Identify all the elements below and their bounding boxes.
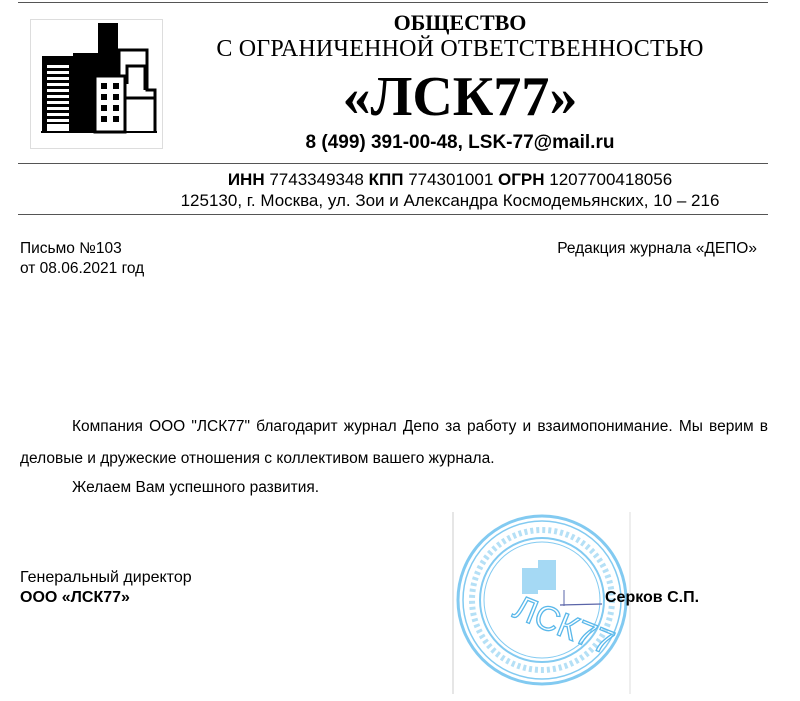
kpp-label: КПП (369, 170, 404, 189)
letter-paragraph-1: Компания ООО "ЛСК77" благодарит журнал Д… (20, 411, 768, 475)
letter-meta: Письмо №103 от 08.06.2021 год (20, 239, 144, 279)
signer-position: Генеральный директор (20, 568, 192, 588)
inn-label: ИНН (228, 170, 265, 189)
kpp-value: 774301001 (408, 170, 493, 189)
ogrn-value: 1207700418056 (549, 170, 672, 189)
signature-block: Генеральный директор ООО «ЛСК77» (20, 568, 192, 608)
address-divider (18, 214, 768, 215)
inn-value: 7743349348 (269, 170, 364, 189)
signer-company: ООО «ЛСК77» (20, 588, 192, 608)
company-name: «ЛСК77» (190, 64, 730, 130)
company-contacts: 8 (499) 391-00-48, LSK-77@mail.ru (190, 132, 730, 154)
letter-date: от 08.06.2021 год (20, 259, 144, 279)
buildings-icon (31, 20, 162, 148)
org-form-line2: С ОГРАНИЧЕННОЙ ОТВЕТСТВЕННОСТЬЮ (180, 36, 740, 63)
org-form-line1: ОБЩЕСТВО (190, 10, 730, 36)
company-logo (30, 19, 163, 149)
letter-paragraph-2: Желаем Вам успешного развития. (20, 472, 768, 504)
ogrn-label: ОГРН (498, 170, 544, 189)
registration-details: ИНН 7743349348 КПП 774301001 ОГРН 120770… (150, 170, 750, 190)
header-divider (18, 163, 768, 164)
top-rule (18, 2, 768, 3)
company-address: 125130, г. Москва, ул. Зои и Александра … (150, 191, 750, 211)
letter-recipient: Редакция журнала «ДЕПО» (557, 239, 757, 259)
signer-name: Серков С.П. (605, 588, 699, 608)
letter-number: Письмо №103 (20, 239, 144, 259)
